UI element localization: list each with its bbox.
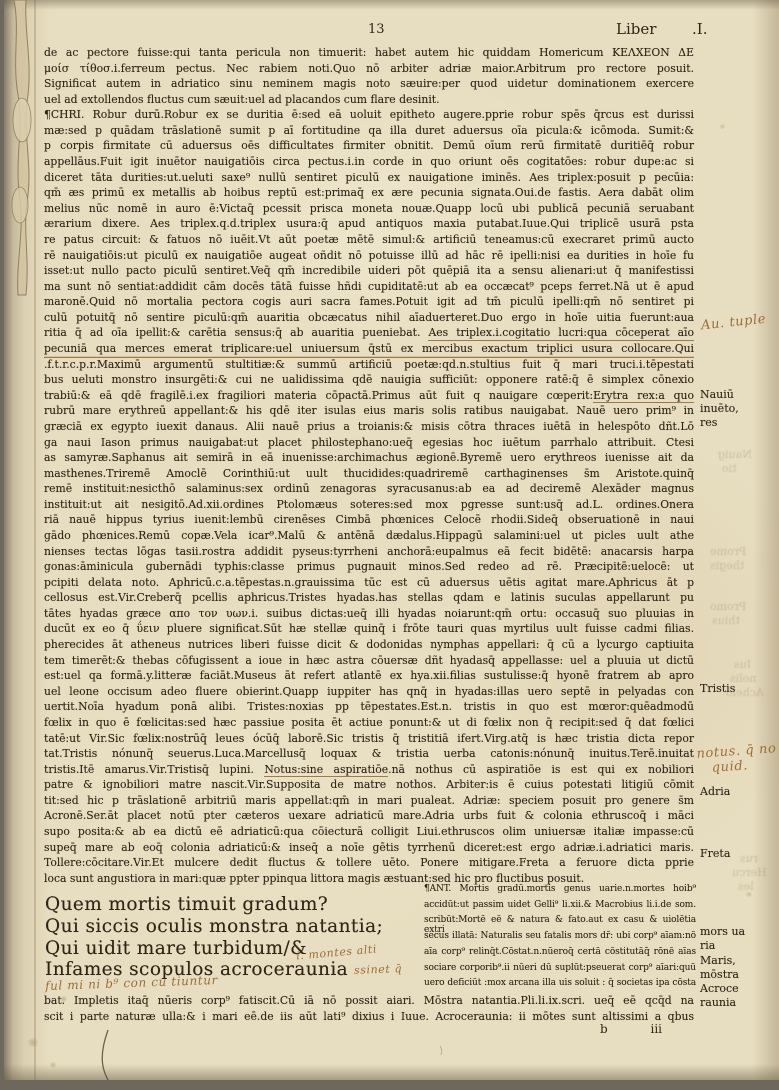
- signature-mark: b iii: [600, 1022, 662, 1036]
- sewing-cord: [14, 0, 29, 295]
- book-scan: 13 Liber .I. de ac pectore fuisse:qui ta…: [0, 0, 779, 1090]
- body-line: uel ad extollendos fluctus cum sæuit:uel…: [44, 93, 694, 109]
- cord-knot: [12, 187, 28, 223]
- ink-underlined-phrase: Erytra rex:a quo: [593, 389, 694, 404]
- show-through-word: les: [738, 880, 754, 893]
- margin-note-handwritten: notus. q̄ no quid.: [696, 741, 778, 777]
- body-line: ærarium dixere. Aes triplex.q.d.triplex …: [44, 217, 694, 233]
- page-edge-shadow: [4, 1064, 779, 1080]
- verse-line: Quem mortis timuit gradum?: [45, 894, 430, 915]
- margin-note-line: mōstra: [700, 968, 779, 982]
- body-line: instituit:ut ait nesigitō.Ad.xii.ordines…: [44, 498, 694, 514]
- body-line: rē nauigatiōis:ut piculū ex nauigatiōe a…: [44, 249, 694, 265]
- show-through-word: Promo: [710, 600, 746, 613]
- body-line: pecuniā qua merces emerat triplicare:uel…: [44, 342, 694, 358]
- ink-underlined-phrase: Notus:sine aspiratiōe: [264, 763, 388, 778]
- margin-note-line: ria: [700, 939, 779, 953]
- body-line: tit:sed hic p trāslationē arbitriū maris…: [44, 794, 694, 810]
- body-line: appellāus.Fuit igit inuētor nauigatiōis …: [44, 155, 694, 171]
- body-line: de ac pectore fuisse:qui tanta pericula …: [44, 46, 694, 62]
- right-column-line: sociare corporib⁹.ii nūeri dū suplūt:pse…: [424, 963, 696, 979]
- body-line: pherecides āt atheneus nutrices liberi f…: [44, 638, 694, 654]
- body-line: fœlix in quo ē fœlicitas:sed hæc passiue…: [44, 716, 694, 732]
- body-line: pcipiti delata noto. Aphricū.c.a.tēpesta…: [44, 576, 694, 592]
- body-line: μοίσ τίθοσ.i.ferreum pectus. Nec rabiem …: [44, 62, 694, 78]
- body-line: re patus circuit: & fatuos nō iuēit.Vt a…: [44, 233, 694, 249]
- margin-note-line: Maris,: [700, 954, 779, 968]
- margin-note-line: res: [700, 416, 779, 430]
- body-line: uertit.Noīa hyadum ponā alibi. Tristes:n…: [44, 700, 694, 716]
- body-line: masthenes.Triremē Amoclē Corinthiū:ut uu…: [44, 467, 694, 483]
- body-line: cellosus est.Vir.Creberq̄ pcellis aphric…: [44, 591, 694, 607]
- right-column-line: aīa corp⁹ relinq̄t.Cōstat.n.nūeroq̄ cert…: [424, 947, 696, 963]
- show-through-word: thius: [712, 614, 740, 627]
- show-through-word: Ius: [734, 658, 751, 671]
- book-page: 13 Liber .I. de ac pectore fuisse:qui ta…: [4, 0, 779, 1080]
- body-line: Tollere:cōcitare.Vir.Et mulcere dedit fl…: [44, 856, 694, 872]
- body-line: ma sunt nō sentiat:addidit cām docēs tāt…: [44, 280, 694, 296]
- right-column-line: uero deficiūt :mox arcana illa uis solui…: [424, 978, 696, 994]
- body-line: remē instituit:nesicthō salaminus:sex or…: [44, 482, 694, 498]
- running-title: Liber: [616, 20, 656, 38]
- margin-note-printed: Nauiūinuēto,res: [700, 388, 779, 430]
- body-line: uel leone occisum adeo fluere obierint.Q…: [44, 685, 694, 701]
- book-number: .I.: [692, 20, 707, 38]
- paper-crease-mark: [440, 1046, 442, 1055]
- margin-note-handwritten: Au. tuple: [700, 312, 766, 334]
- body-line: maronē.Quid nō mortalia pectora cogis au…: [44, 295, 694, 311]
- body-line: Acronē.Ser.āt placet notū pter cæteros u…: [44, 809, 694, 825]
- signature-leaf: iii: [650, 1022, 662, 1036]
- margin-note-printed: Adria: [700, 785, 779, 799]
- body-line: tatē:ut Vir.Sic fœlix:nostrūq̄ leues ócū…: [44, 732, 694, 748]
- body-line: mæ:sed p quādam trāslationē sumit p aī f…: [44, 124, 694, 140]
- body-line: rubrū mare erythreū appellant:& his qdē …: [44, 404, 694, 420]
- body-line: ga naui Iason primus nauigabat:ut placet…: [44, 436, 694, 452]
- body-line: tristis.Itē amarus.Vir.Tristisq̄ lupini.…: [44, 763, 694, 779]
- margin-note-line: Nauiū: [700, 388, 779, 402]
- margin-note-line: Acroce: [700, 982, 779, 996]
- page-edge-shadow: [753, 0, 779, 1080]
- body-line: patre & ignobiliori matre nascit.Vir.Sup…: [44, 778, 694, 794]
- margin-note-line: inuēto,: [700, 402, 779, 416]
- body-line: supeq̄ mare ab eoq̄ colonia adriaticū:& …: [44, 841, 694, 857]
- bottom-line: scit i parte naturæ ulla:& i mari eē.de …: [44, 1010, 694, 1026]
- body-line: .f.t.r.c.p.r.Maximū argumentū stultitiæ:…: [44, 358, 694, 374]
- body-line: as samyræ.Saphanus ait semirā in eā inue…: [44, 451, 694, 467]
- sewing-thread: [102, 1030, 116, 1080]
- body-line: diceret tāta durities:ut.ueluti saxe⁹ nu…: [44, 171, 694, 187]
- body-line: ritia q̄ ad oīa ipellit:& carētia sensus…: [44, 326, 694, 342]
- body-line: græciā ex egypto iuexit danaus. Alii nau…: [44, 420, 694, 436]
- signature-gathering: b: [600, 1022, 608, 1036]
- foxing-spot: [28, 1038, 38, 1047]
- show-through-word: Nauig: [718, 448, 752, 461]
- body-line: isset:ut nullo pacto piculū sentiret.Veq…: [44, 264, 694, 280]
- margin-note-printed: mors uaria: [700, 925, 779, 953]
- body-line: est:uel qa formā.y.litteræ faciāt.Museus…: [44, 669, 694, 685]
- body-line: trabiū:& eā qdē fragilē.i.ex fragiliori …: [44, 389, 694, 405]
- body-line: ¶CHRI. Robur durū.Robur ex se duritia ē:…: [44, 108, 694, 124]
- paper-fold-line: [34, 0, 36, 1080]
- page-number: 13: [368, 22, 385, 37]
- page-edge-shadow: [4, 0, 779, 10]
- body-line: ducūt ex eo q̄ ΰειν pluere significat.Sū…: [44, 622, 694, 638]
- foxing-spot: [50, 1062, 56, 1068]
- body-line: Significat autem in adriatico sinu nemin…: [44, 77, 694, 93]
- cord-knot: [13, 98, 31, 142]
- right-column-line: ¶ANT. Mortis gradū.mortis genus uarie.n.…: [424, 884, 696, 900]
- margin-note-printed: Acroceraunia: [700, 982, 779, 1010]
- verse-line: Qui siccis oculis monstra natantia;: [45, 916, 430, 937]
- body-line: gonas:āminicula gubernādi typhis:classe …: [44, 560, 694, 576]
- body-line: tem timerēt:& thebas cōfugissent a ioue …: [44, 654, 694, 670]
- body-line: tātes hyadas græce απο τον υων.i. suibus…: [44, 607, 694, 623]
- body-line: qm̄ æs primū ex metallis ab hoibus reptū…: [44, 186, 694, 202]
- body-line: supo posita:& ab ea dictū eē adriaticū:q…: [44, 825, 694, 841]
- ink-underlined-phrase: Aes triplex.i.cogitatio lucri:qua cōcepe…: [428, 326, 694, 341]
- interlinear-gloss-handwritten: ssinet q̄: [354, 962, 403, 977]
- right-column-line: scribūt:Mortē eē & natura & fato.aut ex …: [424, 915, 696, 931]
- show-through-word: nolis: [730, 672, 756, 685]
- foxing-spot: [720, 124, 725, 129]
- body-line: tat.Tristis nónunq̄ seuerus.Luca.Marcell…: [44, 747, 694, 763]
- body-line: gādo phœnices.Remū copæ.Vela icar⁹.Malū …: [44, 529, 694, 545]
- body-line: melius nūc nomē in auro ē:Victaq̄ pcessi…: [44, 202, 694, 218]
- body-line: bus ueluti monstro insurgēti:& cui ne ua…: [44, 373, 694, 389]
- body-line: riā nauē hippus tyrius iuenit:lembū cire…: [44, 513, 694, 529]
- body-line: p corpis firmitate cū aduersus oēs diffi…: [44, 139, 694, 155]
- show-through-word: Hercu: [732, 866, 767, 879]
- right-column-line: secus illatā: Naturalis seu fatalis mors…: [424, 931, 696, 947]
- margin-note-line: mors ua: [700, 925, 779, 939]
- margin-note-printed: Maris,mōstra: [700, 954, 779, 982]
- show-through-word: Prome: [710, 545, 746, 558]
- show-through-word: rus: [740, 852, 758, 865]
- show-through-word: Acheiō: [726, 686, 764, 699]
- show-through-word: thegis: [710, 559, 744, 572]
- show-through-word: tio: [722, 462, 737, 475]
- margin-note-line: raunia: [700, 996, 779, 1010]
- bottom-line: bat. Impletis itaq̄ nūeris corp⁹ fatisci…: [44, 994, 694, 1010]
- right-column-line: accidūt:ut passim uidet Gelli⁹ li.xii.& …: [424, 900, 696, 916]
- body-line: culū potuitq̄ nō sentire piculū:qm̄ auar…: [44, 311, 694, 327]
- margin-note-line: Adria: [700, 785, 779, 799]
- body-line: nienses tectas lōgas tasii.rostra addidi…: [44, 545, 694, 561]
